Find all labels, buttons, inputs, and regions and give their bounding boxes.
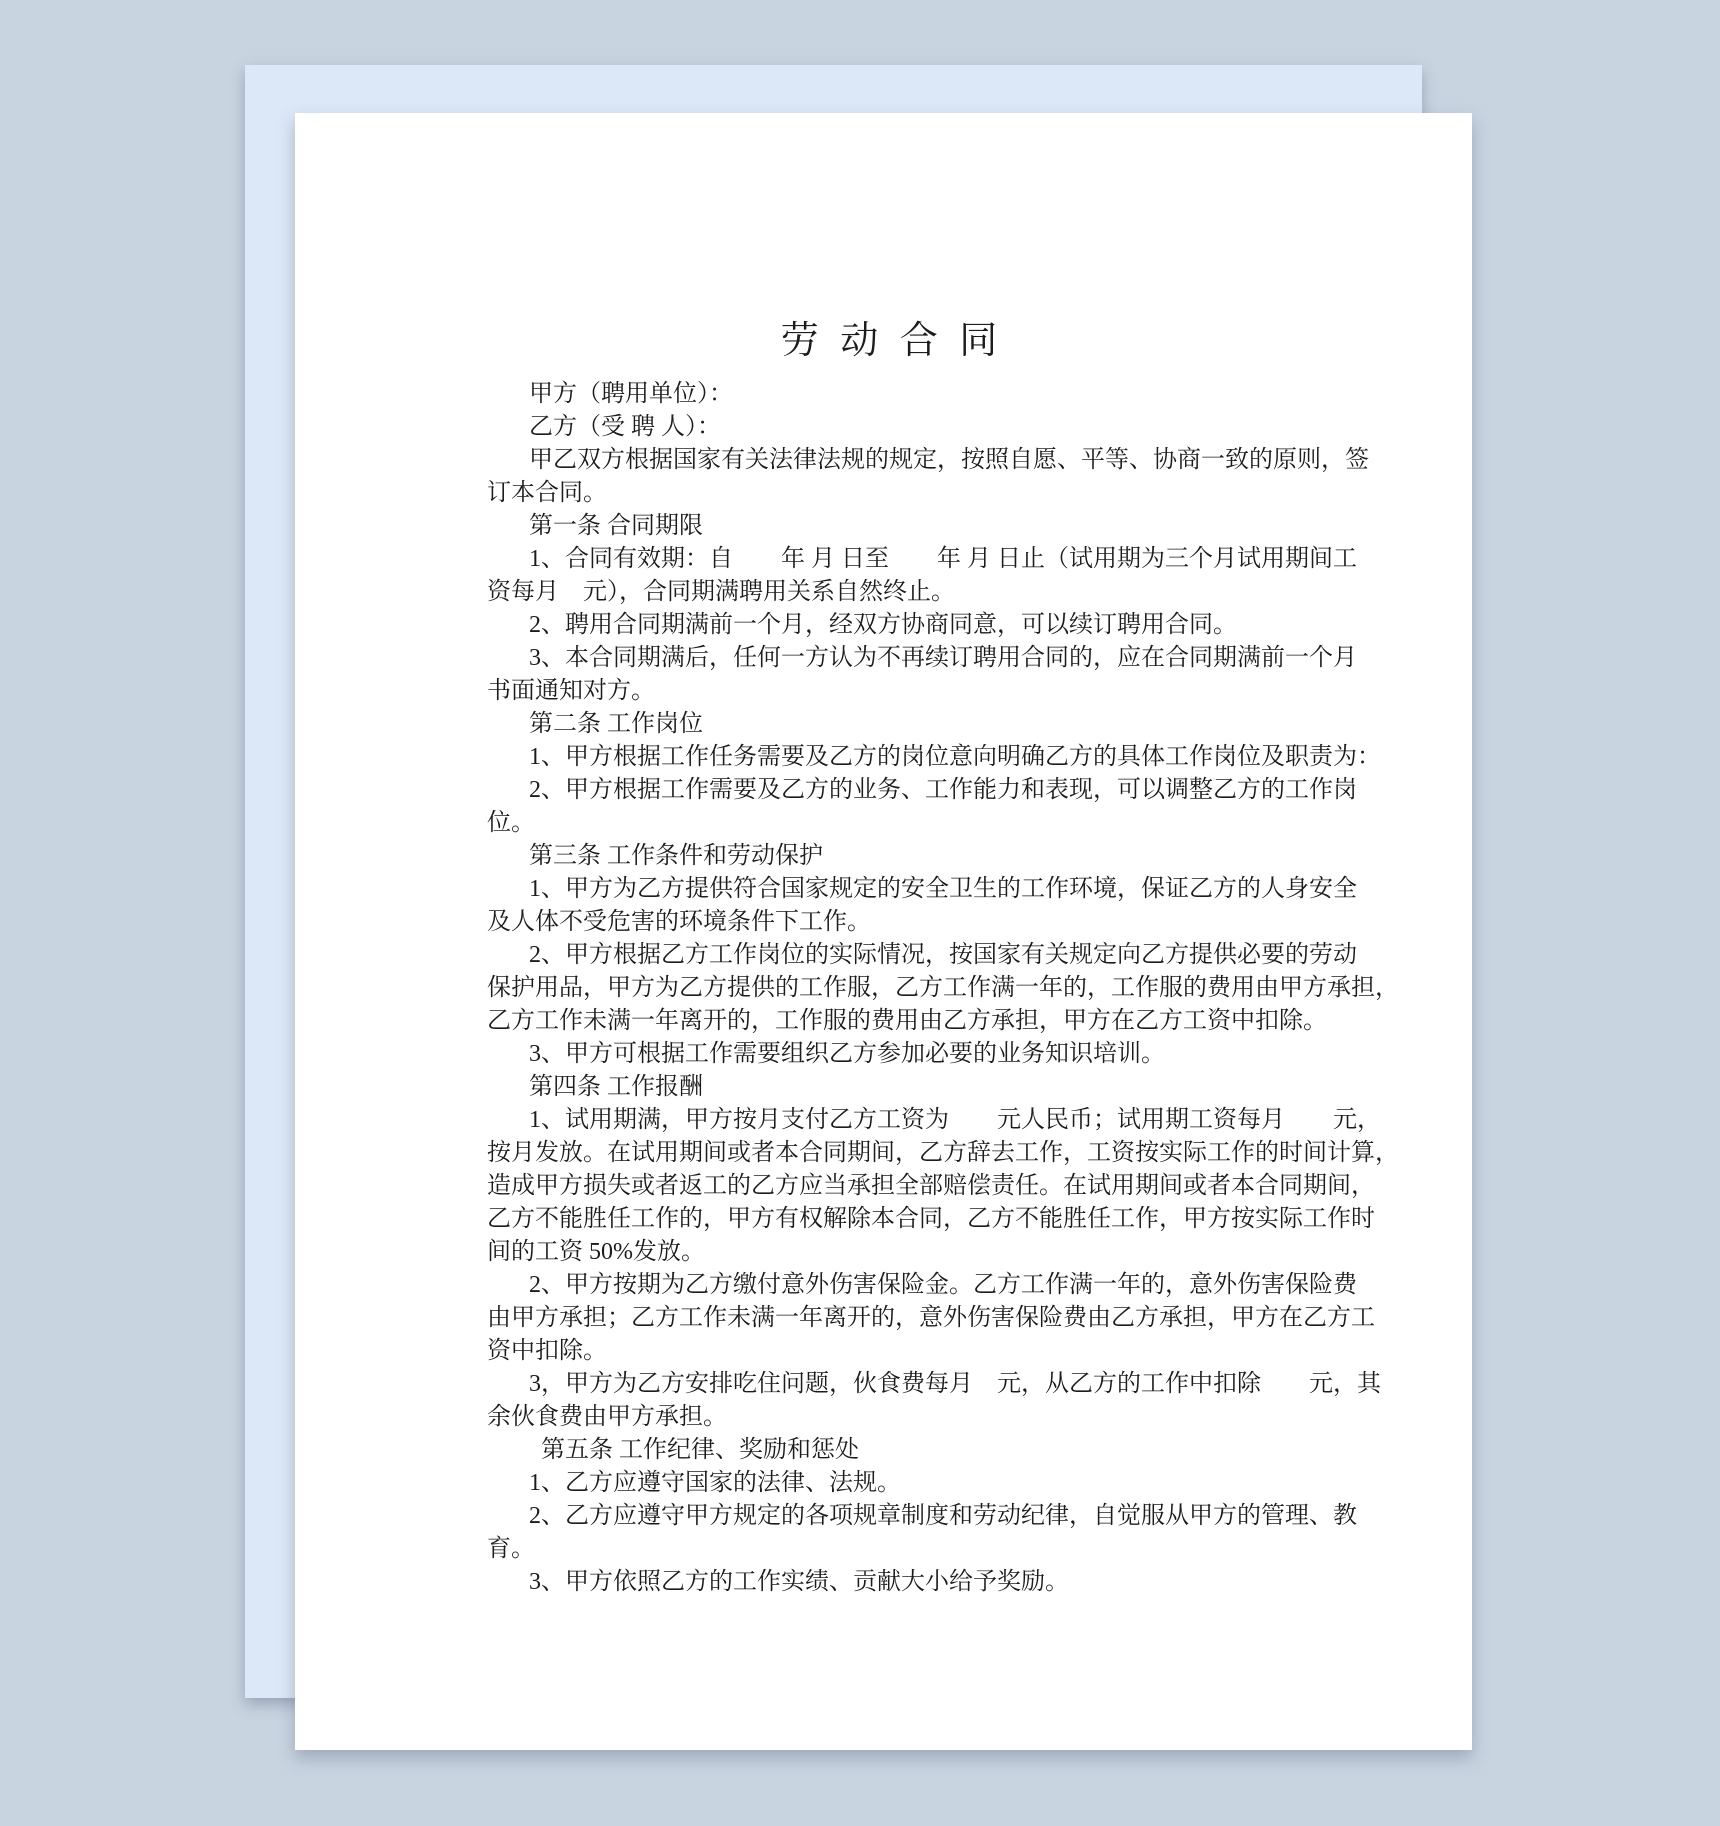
document-line: 间的工资 50%发放。 bbox=[487, 1236, 1297, 1269]
document-body: 甲方（聘用单位）：乙方（受 聘 人）：甲乙双方根据国家有关法律法规的规定，按照自… bbox=[487, 378, 1297, 1599]
document-line: 育。 bbox=[487, 1533, 1297, 1566]
document-line: 订本合同。 bbox=[487, 477, 1297, 510]
document-line: 余伙食费由甲方承担。 bbox=[487, 1401, 1297, 1434]
document-line: 书面通知对方。 bbox=[487, 675, 1297, 708]
document-line: 3，甲方为乙方安排吃住问题，伙食费每月 元，从乙方的工作中扣除 元，其 bbox=[487, 1368, 1297, 1401]
document-line: 2、甲方根据乙方工作岗位的实际情况，按国家有关规定向乙方提供必要的劳动 bbox=[487, 939, 1297, 972]
document-line: 2、乙方应遵守甲方规定的各项规章制度和劳动纪律，自觉服从甲方的管理、教 bbox=[487, 1500, 1297, 1533]
desktop-background: { "colors": { "background": "#c9d4e1", "… bbox=[0, 0, 1720, 1826]
document-line: 1、乙方应遵守国家的法律、法规。 bbox=[487, 1467, 1297, 1500]
document-line: 3、甲方依照乙方的工作实绩、贡献大小给予奖励。 bbox=[487, 1566, 1297, 1599]
document-line: 保护用品，甲方为乙方提供的工作服，乙方工作满一年的，工作服的费用由甲方承担， bbox=[487, 972, 1297, 1005]
document-line: 及人体不受危害的环境条件下工作。 bbox=[487, 906, 1297, 939]
document-line: 1、甲方根据工作任务需要及乙方的岗位意向明确乙方的具体工作岗位及职责为： bbox=[487, 741, 1297, 774]
document-line: 第一条 合同期限 bbox=[487, 510, 1297, 543]
document-line: 2、甲方按期为乙方缴付意外伤害保险金。乙方工作满一年的，意外伤害保险费 bbox=[487, 1269, 1297, 1302]
document-line: 1、甲方为乙方提供符合国家规定的安全卫生的工作环境，保证乙方的人身安全 bbox=[487, 873, 1297, 906]
document-line: 第三条 工作条件和劳动保护 bbox=[487, 840, 1297, 873]
document-page: 劳 动 合 同 甲方（聘用单位）：乙方（受 聘 人）：甲乙双方根据国家有关法律法… bbox=[295, 113, 1472, 1750]
document-line: 3、甲方可根据工作需要组织乙方参加必要的业务知识培训。 bbox=[487, 1038, 1297, 1071]
document-line: 2、甲方根据工作需要及乙方的业务、工作能力和表现，可以调整乙方的工作岗 bbox=[487, 774, 1297, 807]
document-title: 劳 动 合 同 bbox=[487, 318, 1297, 364]
document-line: 造成甲方损失或者返工的乙方应当承担全部赔偿责任。在试用期间或者本合同期间， bbox=[487, 1170, 1297, 1203]
document-line: 1、试用期满，甲方按月支付乙方工资为 元人民币；试用期工资每月 元， bbox=[487, 1104, 1297, 1137]
document-line: 第四条 工作报酬 bbox=[487, 1071, 1297, 1104]
document-line: 位。 bbox=[487, 807, 1297, 840]
document-line: 甲方（聘用单位）： bbox=[487, 378, 1297, 411]
document-line: 资中扣除。 bbox=[487, 1335, 1297, 1368]
document-line: 乙方不能胜任工作的，甲方有权解除本合同，乙方不能胜任工作，甲方按实际工作时 bbox=[487, 1203, 1297, 1236]
document-line: 资每月 元），合同期满聘用关系自然终止。 bbox=[487, 576, 1297, 609]
document-line: 乙方工作未满一年离开的，工作服的费用由乙方承担，甲方在乙方工资中扣除。 bbox=[487, 1005, 1297, 1038]
document-line: 甲乙双方根据国家有关法律法规的规定，按照自愿、平等、协商一致的原则，签 bbox=[487, 444, 1297, 477]
document-line: 按月发放。在试用期间或者本合同期间，乙方辞去工作，工资按实际工作的时间计算， bbox=[487, 1137, 1297, 1170]
document-line: 第五条 工作纪律、奖励和惩处 bbox=[487, 1434, 1297, 1467]
document-line: 1、合同有效期：自 年 月 日至 年 月 日止（试用期为三个月试用期间工 bbox=[487, 543, 1297, 576]
document-line: 由甲方承担；乙方工作未满一年离开的，意外伤害保险费由乙方承担，甲方在乙方工 bbox=[487, 1302, 1297, 1335]
document-line: 乙方（受 聘 人）： bbox=[487, 411, 1297, 444]
document-line: 3、本合同期满后，任何一方认为不再续订聘用合同的，应在合同期满前一个月 bbox=[487, 642, 1297, 675]
document-line: 第二条 工作岗位 bbox=[487, 708, 1297, 741]
document-line: 2、聘用合同期满前一个月，经双方协商同意，可以续订聘用合同。 bbox=[487, 609, 1297, 642]
